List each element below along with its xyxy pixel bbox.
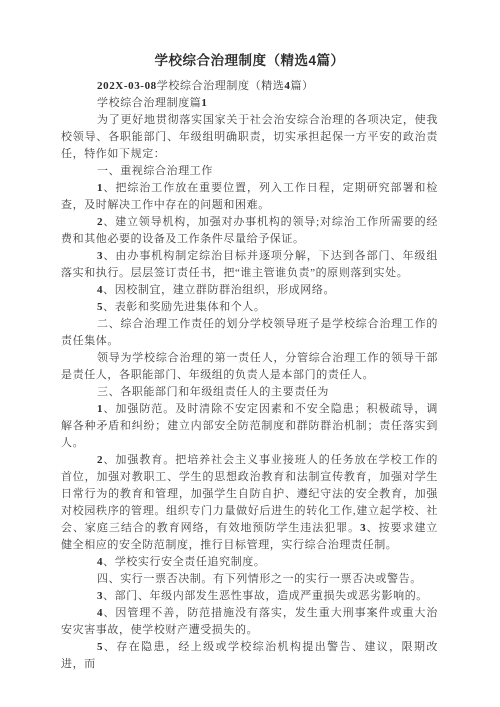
- text-segment: 、建立领导机构，加强对办事机构的领导;对综治工作所需要的经费和其他必要的设备及工…: [61, 216, 438, 245]
- section-2-heading: 二、综合治理工作责任的划分学校领导班子是学校综合治理工作的责任集体。: [61, 316, 438, 350]
- section-4-heading: 四、实行一票否决制。有下列情形之一的实行一票否决或警告。: [61, 571, 438, 588]
- text-segment: 、把综治工作放在重要位置，列入工作日程，定期研究部署和检查，及时解决工作中存在的…: [61, 182, 438, 211]
- item: 4、因管理不善，防范措施没有落实，发生重大刑事案件或重大治安灾害事故，使学校财产…: [61, 605, 438, 639]
- text-segment: 领导为学校综合治理的第一责任人，分管综合治理工作的领导干部是责任人，各职能部门、…: [61, 352, 438, 381]
- item: 5、表彰和奖励先进集体和个人。: [61, 299, 438, 316]
- text-segment: 、部门、年级内部发生恶性事故，造成严重损失或恶劣影响的。: [103, 590, 428, 602]
- bold-number: 1: [201, 97, 207, 109]
- text-segment: 三、各职能部门和年级组责任人的主要责任为: [97, 386, 329, 398]
- section-3-heading: 三、各职能部门和年级组责任人的主要责任为: [61, 384, 438, 401]
- document-page: 学校综合治理制度（精选4篇） 202X-03-08学校综合治理制度（精选4篇）学…: [0, 0, 500, 707]
- paragraph: 领导为学校综合治理的第一责任人，分管综合治理工作的领导干部是责任人，各职能部门、…: [61, 350, 438, 384]
- item: 5、存在隐患，经上级或学校综治机构提出警告、建议，限期改进，而: [61, 639, 438, 673]
- document-body: 202X-03-08学校综合治理制度（精选4篇）学校综合治理制度篇1为了更好地贯…: [61, 78, 438, 673]
- document-content: 学校综合治理制度（精选4篇） 202X-03-08学校综合治理制度（精选4篇）学…: [61, 51, 438, 673]
- text-segment: 一、重视综合治理工作: [97, 165, 213, 177]
- paragraph-intro: 为了更好地贯彻落实国家关于社会治安综合治理的各项决定，使我校领导、各职能部门、年…: [61, 112, 438, 163]
- text-segment: 四、实行一票否决制。有下列情形之一的实行一票否决或警告。: [97, 573, 422, 585]
- text-segment: 、因管理不善，防范措施没有落实，发生重大刑事案件或重大治安灾害事故，使学校财产遭…: [61, 607, 438, 636]
- text-segment: 、因校制宜，建立群防群治组织，形成网络。: [103, 284, 335, 296]
- text-segment: 、表彰和奖励先进集体和个人。: [103, 301, 265, 313]
- item: 3、部门、年级内部发生恶性事故，造成严重损失或恶劣影响的。: [61, 588, 438, 605]
- text-segment: 、学校实行安全责任追究制度。: [103, 556, 265, 568]
- meta-line: 202X-03-08学校综合治理制度（精选4篇）: [61, 78, 438, 95]
- item: 2、建立领导机构，加强对办事机构的领导;对综治工作所需要的经费和其他必要的设备及…: [61, 214, 438, 248]
- article-subtitle: 学校综合治理制度篇1: [61, 95, 438, 112]
- bold-number: 202X-03-08: [97, 80, 157, 92]
- document-title: 学校综合治理制度（精选4篇）: [61, 51, 438, 71]
- text-segment: 、由办事机构制定综治目标并逐项分解，下达到各部门、年级组落实和执行。层层签订责任…: [61, 250, 438, 279]
- text-segment: 二、综合治理工作责任的划分学校领导班子是学校综合治理工作的责任集体。: [61, 318, 438, 347]
- text-segment: 为了更好地贯彻落实国家关于社会治安综合治理的各项决定，使我校领导、各职能部门、年…: [61, 114, 438, 160]
- item: 3、由办事机构制定综治目标并逐项分解，下达到各部门、年级组落实和执行。层层签订责…: [61, 248, 438, 282]
- item: 1、加强防范。及时清除不安定因素和不安全隐患；积极疏导，调解各种矛盾和纠纷；建立…: [61, 401, 438, 452]
- text-segment: 学校综合治理制度篇: [97, 97, 201, 109]
- text-segment: 学校综合治理制度（精选: [157, 80, 285, 92]
- text-segment: 、加强防范。及时清除不安定因素和不安全隐患；积极疏导，调解各种矛盾和纠纷；建立内…: [61, 403, 438, 449]
- text-segment: 、存在隐患，经上级或学校综治机构提出警告、建议，限期改进，而: [61, 641, 438, 670]
- item: 1、把综治工作放在重要位置，列入工作日程，定期研究部署和检查，及时解决工作中存在…: [61, 180, 438, 214]
- item: 4、学校实行安全责任追究制度。: [61, 554, 438, 571]
- item: 4、因校制宜，建立群防群治组织，形成网络。: [61, 282, 438, 299]
- item: 2、加强教育。把培养社会主义事业接班人的任务放在学校工作的首位，加强对教职工、学…: [61, 452, 438, 554]
- section-1-heading: 一、重视综合治理工作: [61, 163, 438, 180]
- text-segment: 篇）: [291, 80, 314, 92]
